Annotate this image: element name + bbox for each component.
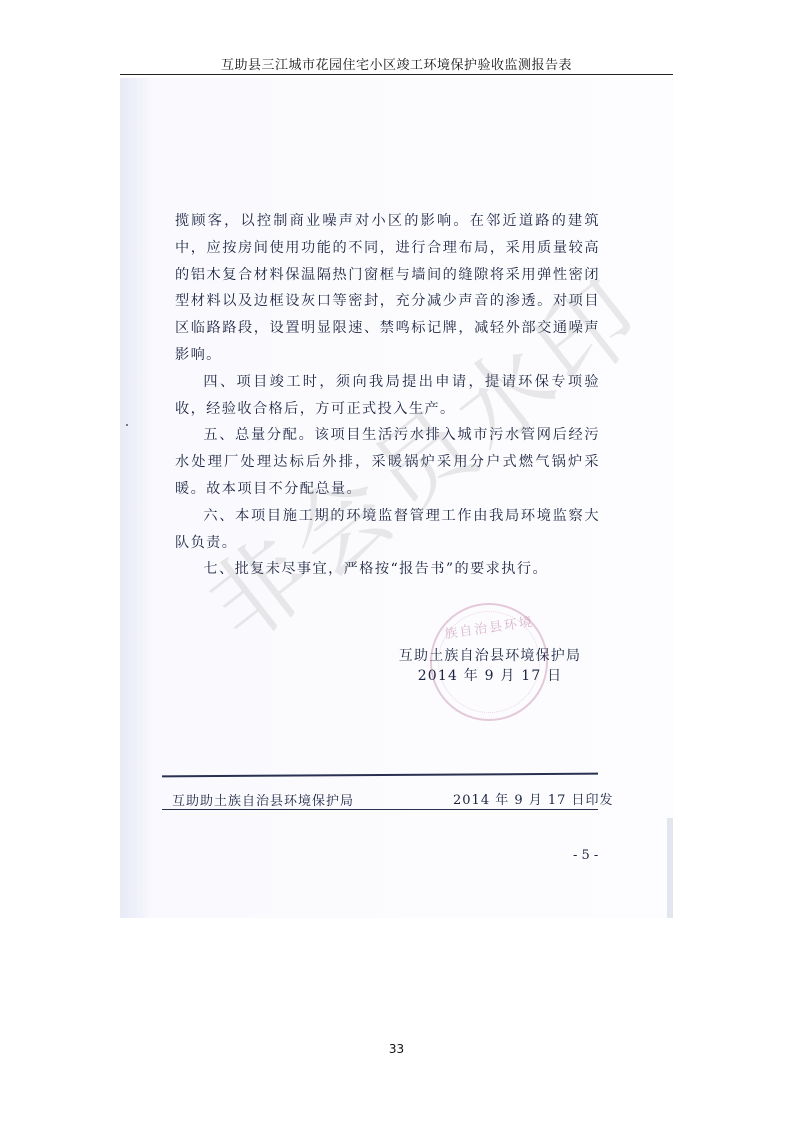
scan-speck (126, 424, 128, 426)
footer-issue-date: 2014 年 9 月 17 日印发 (453, 789, 614, 808)
signature-date: 2014 年 9 月 17 日 (390, 666, 590, 686)
signature-issuer: 互助土族自治县环境保护局 (390, 646, 590, 666)
footer-rule-bottom (162, 809, 598, 810)
paragraph-completion-acceptance: 四、项目竣工时，须向我局提出申请，提请环保专项验收，经验收合格后，方可正式投入生… (175, 369, 600, 423)
paragraph-total-allocation: 五、总量分配。该项目生活污水排入城市污水管网后经污水处理厂处理达标后外排，采暖锅… (175, 422, 600, 502)
scan-shadow-left (120, 78, 150, 918)
inner-page-number: - 5 - (573, 848, 598, 863)
paragraph-noise-control: 揽顾客，以控制商业噪声对小区的影响。在邻近道路的建筑中，应按房间使用功能的不同，… (175, 208, 600, 369)
running-header-title: 互助县三江城市花园住宅小区竣工环境保护验收监测报告表 (120, 54, 673, 73)
document-body: 揽顾客，以控制商业噪声对小区的影响。在邻近道路的建筑中，应按房间使用功能的不同，… (175, 208, 600, 583)
scan-shadow-right (667, 818, 673, 918)
signature-block: 互助土族自治县环境保护局 2014 年 9 月 17 日 (390, 646, 590, 686)
header-rule (120, 74, 673, 75)
paragraph-other-matters: 七、批复未尽事宜，严格按“报告书”的要求执行。 (175, 556, 600, 583)
footer-issuer: 互助助土族自治县环境保护局 (172, 790, 354, 809)
footer-rule-top (162, 773, 598, 778)
paragraph-supervision: 六、本项目施工期的环境监督管理工作由我局环境监察大队负责。 (175, 503, 600, 557)
scanned-page: 揽顾客，以控制商业噪声对小区的影响。在邻近道路的建筑中，应按房间使用功能的不同，… (120, 78, 673, 918)
page-number: 33 (0, 1042, 793, 1056)
